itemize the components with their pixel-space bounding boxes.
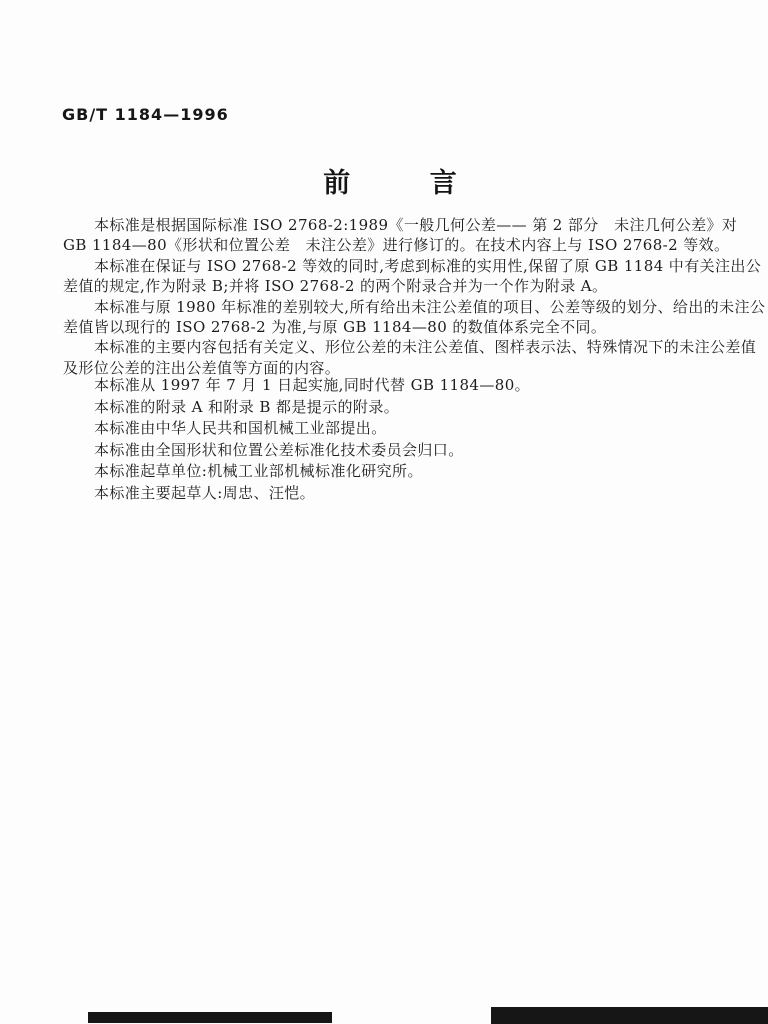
document-page: GB/T 1184—1996 前 言 本标准是根据国际标准 ISO 2768-2… bbox=[0, 0, 768, 1024]
foreword-line: 差值皆以现行的 ISO 2768-2 为准,与原 GB 1184—80 的数值体… bbox=[63, 317, 731, 337]
standard-number: GB/T 1184—1996 bbox=[62, 105, 229, 124]
foreword-line: 本标准的附录 A 和附录 B 都是提示的附录。 bbox=[63, 397, 731, 419]
foreword-line: 本标准由中华人民共和国机械工业部提出。 bbox=[63, 418, 731, 440]
page-title: 前 言 bbox=[0, 161, 768, 200]
foreword-line: 本标准是根据国际标准 ISO 2768-2:1989《一般几何公差—— 第 2 … bbox=[63, 215, 731, 235]
foreword-line: 本标准由全国形状和位置公差标准化技术委员会归口。 bbox=[63, 440, 731, 462]
foreword-line: GB 1184—80《形状和位置公差 未注公差》进行修订的。在技术内容上与 IS… bbox=[63, 235, 731, 255]
foreword-line: 本标准与原 1980 年标准的差别较大,所有给出未注公差值的项目、公差等级的划分… bbox=[63, 297, 731, 317]
foreword-line: 本标准主要起草人:周忠、汪恺。 bbox=[63, 483, 731, 505]
foreword-line: 差值的规定,作为附录 B;并将 ISO 2768-2 的两个附录合并为一个作为附… bbox=[63, 276, 731, 296]
page-title-char-1: 前 bbox=[323, 161, 350, 200]
page-title-char-2: 言 bbox=[430, 161, 457, 200]
foreword-line: 本标准从 1997 年 7 月 1 日起实施,同时代替 GB 1184—80。 bbox=[63, 375, 731, 397]
scan-artifact-bar-left bbox=[88, 1012, 332, 1023]
foreword-line: 本标准起草单位:机械工业部机械标准化研究所。 bbox=[63, 461, 731, 483]
foreword-line: 本标准在保证与 ISO 2768-2 等效的同时,考虑到标准的实用性,保留了原 … bbox=[63, 256, 731, 276]
foreword-statements: 本标准从 1997 年 7 月 1 日起实施,同时代替 GB 1184—80。 … bbox=[63, 375, 731, 505]
foreword-line: 本标准的主要内容包括有关定义、形位公差的未注公差值、图样表示法、特殊情况下的未注… bbox=[63, 337, 731, 357]
foreword-paragraphs: 本标准是根据国际标准 ISO 2768-2:1989《一般几何公差—— 第 2 … bbox=[63, 215, 731, 378]
scan-artifact-bar-right bbox=[491, 1007, 768, 1024]
